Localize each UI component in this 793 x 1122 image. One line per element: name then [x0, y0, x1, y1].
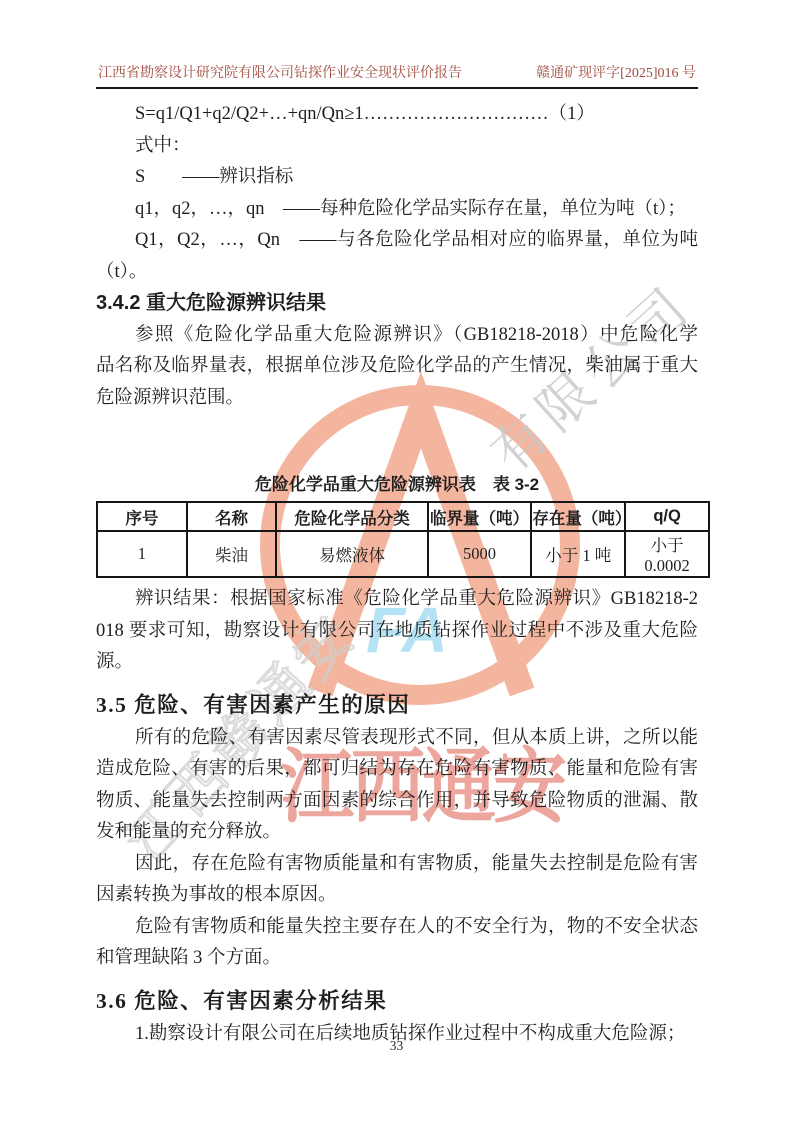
- paragraph-line: 品名称及临界量表，根据单位涉及危险化学品的产生情况，柴油属于重大: [96, 351, 698, 383]
- paragraph-line: 和管理缺陷 3 个方面。: [96, 943, 698, 975]
- paragraph-line: 造成危险、有害的后果，都可归结为存在危险有害物质、能量和危险有害: [96, 754, 698, 786]
- paragraph-line: 参照《危险化学品重大危险源辨识》（GB18218-2018）中危险化学: [96, 320, 698, 352]
- page-number: 33: [0, 1038, 793, 1054]
- table-cell: 柴油: [187, 531, 277, 577]
- page-body: S=q1/Q1+q2/Q2+…+qn/Qn≥1…………………………（1） 式中：…: [96, 99, 698, 1050]
- paragraph-line: 所有的危险、有害因素尽管表现形式不同，但从本质上讲，之所以能: [96, 723, 698, 755]
- formula-line: 式中：: [96, 131, 698, 163]
- paragraph-line: 危险源辨识范围。: [96, 383, 698, 415]
- section-heading-36: 3.6 危险、有害因素分析结果: [96, 983, 698, 1019]
- section-heading-35: 3.5 危险、有害因素产生的原因: [96, 687, 698, 723]
- table-header-row: 序号 名称 危险化学品分类 临界量（吨） 存在量（吨） q/Q: [97, 502, 709, 531]
- document-page: FA 江西通安 有限公司 江西赣通安 江西省勘察设计研究院有限公司钻探作业安全现…: [0, 0, 793, 1122]
- paragraph-line: 因素转换为事故的根本原因。: [96, 880, 698, 912]
- table-cell: 小于 1 吨: [531, 531, 625, 577]
- hazard-identification-table: 序号 名称 危险化学品分类 临界量（吨） 存在量（吨） q/Q 1 柴油 易燃液…: [96, 501, 710, 578]
- paragraph-line: 018 要求可知，勘察设计有限公司在地质钻探作业过程中不涉及重大危险: [96, 616, 698, 648]
- paragraph-line: 危险有害物质和能量失控主要存在人的不安全行为，物的不安全状态: [96, 912, 698, 944]
- formula-line: S ——辨识指标: [96, 162, 698, 194]
- paragraph-line: 因此，存在危险有害物质能量和有害物质，能量失去控制是危险有害: [96, 849, 698, 881]
- table-header-cell: 存在量（吨）: [531, 502, 625, 531]
- table-cell: 易燃液体: [276, 531, 427, 577]
- table-header-cell: q/Q: [625, 502, 709, 531]
- section-heading-342: 3.4.2 重大危险源辨识结果: [96, 288, 698, 320]
- paragraph-line: 物质、能量失去控制两方面因素的综合作用，并导致危险物质的泄漏、散: [96, 786, 698, 818]
- formula-line: Q1，Q2，…，Qn ——与各危险化学品相对应的临界量，单位为吨: [96, 225, 698, 257]
- formula-line: q1，q2，…，qn ——每种危险化学品实际存在量，单位为吨（t）；: [96, 194, 698, 226]
- table-row: 1 柴油 易燃液体 5000 小于 1 吨 小于 0.0002: [97, 531, 709, 577]
- formula-line: S=q1/Q1+q2/Q2+…+qn/Qn≥1…………………………（1）: [96, 99, 698, 131]
- table-header-cell: 名称: [187, 502, 277, 531]
- header-report-title: 江西省勘察设计研究院有限公司钻探作业安全现状评价报告: [98, 62, 462, 82]
- document-content: 江西省勘察设计研究院有限公司钻探作业安全现状评价报告 赣通矿现评字[2025]0…: [0, 0, 793, 1122]
- page-header: 江西省勘察设计研究院有限公司钻探作业安全现状评价报告 赣通矿现评字[2025]0…: [96, 62, 698, 89]
- table-header-cell: 危险化学品分类: [276, 502, 427, 531]
- table-title: 危险化学品重大危险源辨识表 表 3-2: [96, 472, 698, 497]
- table-cell: 小于 0.0002: [625, 531, 709, 577]
- paragraph-line: 源。: [96, 647, 698, 679]
- paragraph-line: 发和能量的充分释放。: [96, 817, 698, 849]
- header-doc-number: 赣通矿现评字[2025]016 号: [536, 62, 696, 82]
- formula-line: （t）。: [96, 257, 698, 289]
- table-header-cell: 临界量（吨）: [428, 502, 532, 531]
- table-cell: 5000: [428, 531, 532, 577]
- table-header-cell: 序号: [97, 502, 187, 531]
- paragraph-line: 辨识结果：根据国家标准《危险化学品重大危险源辨识》GB18218-2: [96, 584, 698, 616]
- table-cell: 1: [97, 531, 187, 577]
